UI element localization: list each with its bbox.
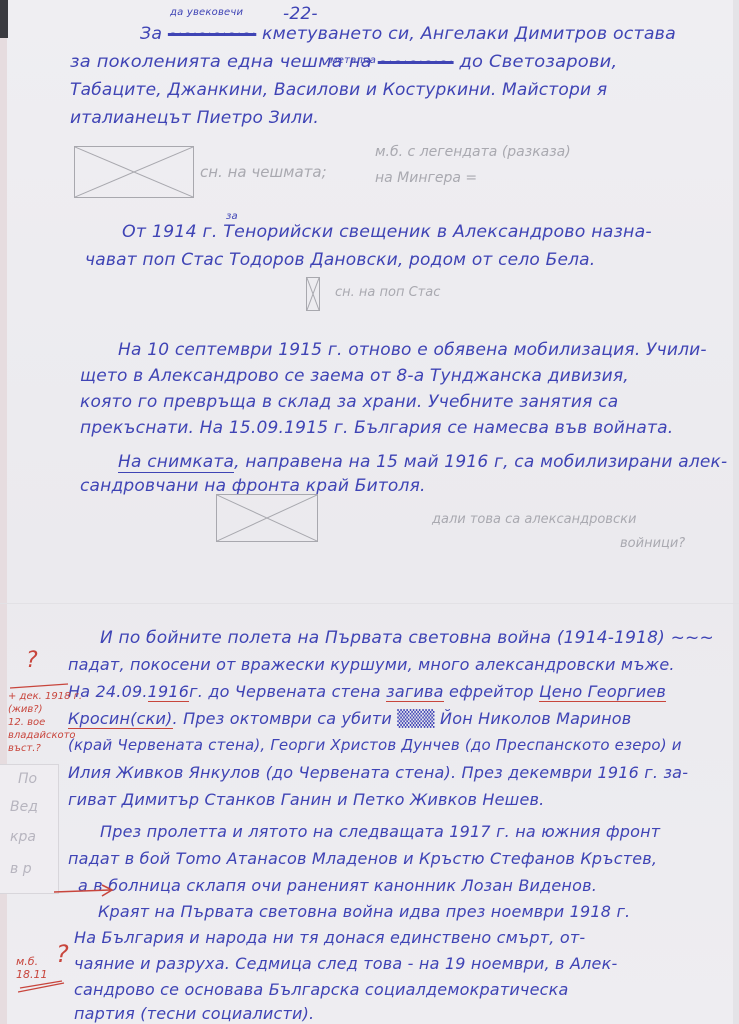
margin-note-line: + дек. 1918 г.: [8, 690, 82, 703]
text-line: падат в бой Тomo Атанасов Младенов и Кръ…: [68, 849, 657, 868]
pencil-note: на Мингера =: [375, 170, 477, 186]
page-number: -22-: [283, 4, 318, 24]
slip-text: кра: [10, 829, 36, 845]
pencil-caption: сн. на поп Стас: [335, 285, 440, 300]
underlined-text: Цено Георгиев: [539, 682, 666, 702]
fold-line: [0, 603, 739, 604]
text-line: Краят на Първата световна война идва пре…: [98, 902, 630, 921]
paper-edge-right: [733, 0, 739, 1024]
attached-slip: По Вед кра в р: [0, 764, 59, 894]
photo-placeholder: [74, 146, 194, 198]
underlined-text: Кросин(ски): [68, 709, 173, 729]
underlined-text: 1916: [148, 682, 190, 702]
text-line: падат, покосени от вражески куршуми, мно…: [68, 655, 675, 674]
margin-note-line: владайското: [8, 729, 82, 742]
text-line: а в болница склапя очи раненият канонник…: [78, 876, 597, 895]
text-fragment: г. до Червената стена: [189, 682, 381, 701]
text-line: партия (тесни социалисти).: [74, 1004, 314, 1023]
text-line: чаяние и разруха. Седмица след това - на…: [74, 954, 617, 973]
text-line: На 10 септември 1915 г. отново е обявена…: [118, 340, 707, 360]
margin-note-line: (жив?): [8, 703, 82, 716]
scanned-page: -22- да увековечи метална За ~~~~~~ кмет…: [0, 0, 739, 1024]
underlined-text: загива: [386, 682, 444, 702]
text-line: За ~~~~~~ кметуването си, Ангелаки Димит…: [140, 24, 676, 44]
scan-edge: [0, 0, 8, 38]
text-line: гиват Димитър Станков Ганин и Петко Живк…: [68, 790, 544, 809]
text-line: И по бойните полета на Първата световна …: [100, 628, 714, 648]
text-line: Илия Живков Янкулов (до Червената стена)…: [68, 763, 688, 782]
margin-note: м.б. 18.11: [16, 955, 48, 981]
text-fragment: за поколенията една чешма на: [70, 52, 372, 72]
photo-placeholder: [216, 494, 318, 542]
text-fragment: кметуването си, Ангелаки Димитров остава: [262, 24, 676, 44]
text-line: италианецът Пиетро Зили.: [70, 108, 319, 128]
cross-icon: [307, 278, 319, 310]
arrow-icon: [54, 884, 116, 898]
slip-text: в р: [10, 861, 32, 877]
text-line: Кросин(ски). През октомври са убити ▒▒▒ …: [68, 709, 631, 728]
struck-text: ~~~~~~: [168, 24, 256, 44]
underline-stroke: [10, 683, 70, 689]
insertion-above: за: [226, 211, 238, 222]
text-line: чават поп Стас Тодоров Дановски, родом о…: [85, 250, 595, 270]
slip-text: По: [18, 771, 37, 787]
text-fragment: ефрейтор: [449, 682, 534, 701]
text-fragment: , направена на 15 май 1916 г, са мобилиз…: [234, 452, 727, 472]
pencil-note: войници?: [620, 536, 685, 551]
margin-note-line: въст.?: [8, 742, 82, 755]
text-line: за поколенията една чешма на ~~~~~ до Св…: [70, 52, 617, 72]
margin-note-line: м.б.: [16, 955, 48, 968]
underlined-text: На снимката: [118, 452, 234, 473]
text-line: прекъснати. На 15.09.1915 г. България се…: [80, 418, 673, 438]
struck-text: ~~~~~: [378, 52, 454, 72]
question-mark-annotation: ?: [26, 654, 38, 667]
cross-icon: [75, 147, 193, 197]
text-fragment: За: [140, 24, 162, 44]
text-line: През пролетта и лятото на следващата 191…: [100, 822, 660, 841]
text-line: щето в Александрово се заема от 8-а Тунд…: [80, 366, 629, 386]
underline-stroke: [18, 980, 68, 994]
slip-text: Вед: [10, 799, 38, 815]
pencil-note: дали това са александровски: [432, 512, 636, 527]
insertion-above: да увековечи: [170, 7, 243, 18]
text-line: На 24.09.1916г. до Червената стена загив…: [68, 682, 666, 701]
pencil-note: м.б. с легендата (разказа): [375, 144, 571, 160]
text-line: От 1914 г. Тенорийски свещеник в Алексан…: [122, 222, 652, 242]
pencil-caption: сн. на чешмата;: [200, 163, 327, 181]
text-fragment: до Светозарови,: [459, 52, 617, 72]
question-mark-annotation: ?: [56, 948, 69, 961]
photo-placeholder: [306, 277, 320, 311]
text-line: Табаците, Джанкини, Василови и Костуркин…: [70, 80, 607, 100]
margin-note: + дек. 1918 г. (жив?) 12. вое владайскот…: [8, 690, 82, 755]
text-fragment: . През октомври са убити ▒▒▒ Йон Николов…: [173, 709, 632, 728]
text-line: На България и народа ни тя донася единст…: [74, 928, 585, 947]
text-line: сандрово се основава Българска социалдем…: [74, 980, 569, 999]
text-line: (край Червената стена), Георги Христов Д…: [68, 736, 682, 754]
text-line: На снимката, направена на 15 май 1916 г,…: [118, 452, 727, 472]
margin-note-line: 12. вое: [8, 716, 82, 729]
text-line: която го превръща в склад за храни. Учеб…: [80, 392, 618, 412]
text-line: сандровчани на фронта край Битоля.: [80, 476, 426, 496]
cross-icon: [217, 495, 317, 541]
